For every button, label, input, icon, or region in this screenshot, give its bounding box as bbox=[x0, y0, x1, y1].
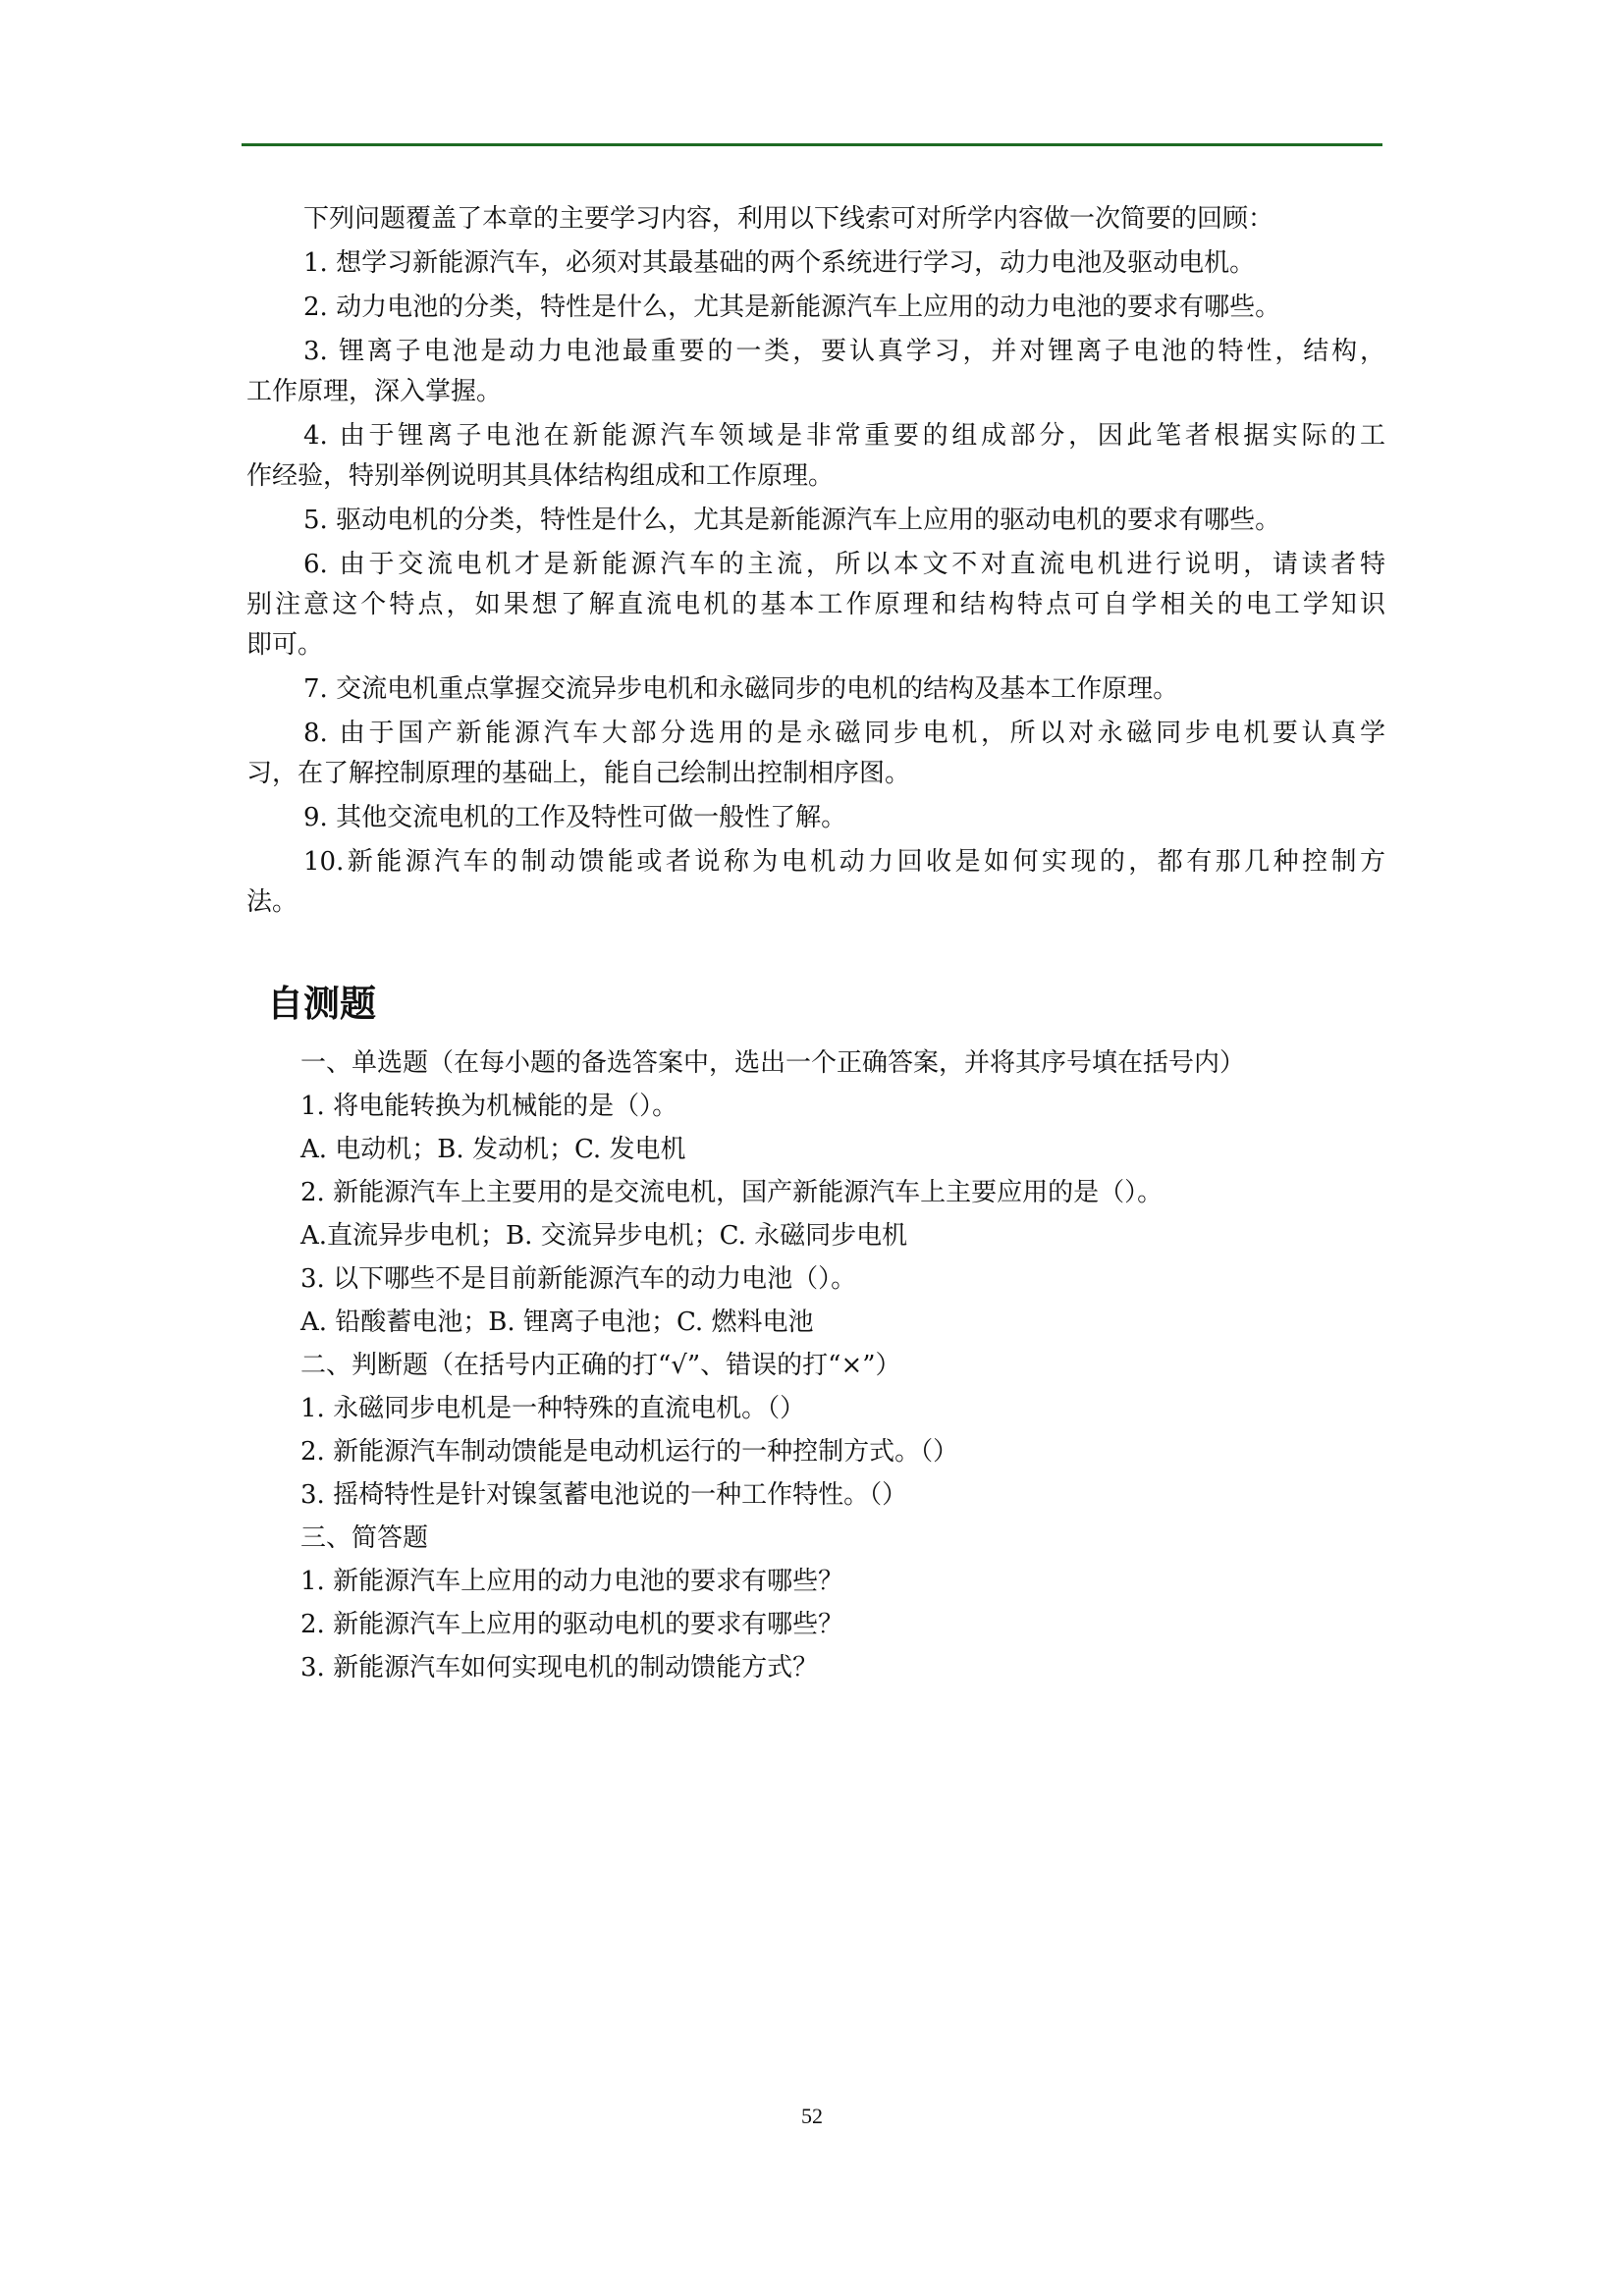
self-test-line: 3. 以下哪些不是目前新能源汽车的动力电池（）。 bbox=[300, 1257, 1245, 1301]
review-item-line: 4. 由于锂离子电池在新能源汽车领域是非常重要的组成部分，因此笔者根据实际的工 bbox=[246, 416, 1385, 456]
self-test-line: 2. 新能源汽车上主要用的是交流电机，国产新能源汽车上主要应用的是（）。 bbox=[300, 1171, 1245, 1214]
review-item-line: 8. 由于国产新能源汽车大部分选用的是永磁同步电机，所以对永磁同步电机要认真学 bbox=[246, 714, 1385, 754]
header-rule bbox=[242, 143, 1382, 146]
review-item: 2. 动力电池的分类，特性是什么，尤其是新能源汽车上应用的动力电池的要求有哪些。 bbox=[246, 288, 1385, 328]
review-item-line: 6. 由于交流电机才是新能源汽车的主流，所以本文不对直流电机进行说明，请读者特 bbox=[246, 545, 1385, 585]
self-test-line: 一、单选题（在每小题的备选答案中，选出一个正确答案，并将其序号填在括号内） bbox=[300, 1041, 1245, 1085]
review-item-line: 7. 交流电机重点掌握交流异步电机和永磁同步的电机的结构及基本工作原理。 bbox=[246, 669, 1385, 710]
review-item: 6. 由于交流电机才是新能源汽车的主流，所以本文不对直流电机进行说明，请读者特别… bbox=[246, 545, 1385, 666]
self-test-line: A. 铅酸蓄电池；B. 锂离子电池；C. 燃料电池 bbox=[300, 1301, 1245, 1344]
self-test-line: A.直流异步电机；B. 交流异步电机；C. 永磁同步电机 bbox=[300, 1214, 1245, 1257]
review-item: 1. 想学习新能源汽车，必须对其最基础的两个系统进行学习，动力电池及驱动电机。 bbox=[246, 243, 1385, 284]
review-item-line: 3. 锂离子电池是动力电池最重要的一类，要认真学习，并对锂离子电池的特性，结构， bbox=[246, 332, 1385, 372]
self-test-line: 2. 新能源汽车制动馈能是电动机运行的一种控制方式。（） bbox=[300, 1430, 1245, 1473]
review-item: 7. 交流电机重点掌握交流异步电机和永磁同步的电机的结构及基本工作原理。 bbox=[246, 669, 1385, 710]
review-item-line: 即可。 bbox=[246, 625, 1385, 666]
review-item-line: 法。 bbox=[246, 882, 1385, 923]
self-test-line: 1. 将电能转换为机械能的是（）。 bbox=[300, 1085, 1245, 1128]
self-test-line: 1. 永磁同步电机是一种特殊的直流电机。（） bbox=[300, 1387, 1245, 1430]
page-number: 52 bbox=[0, 2104, 1624, 2129]
self-test-line: 二、判断题（在括号内正确的打“√”、错误的打“×”） bbox=[300, 1344, 1245, 1387]
review-item: 8. 由于国产新能源汽车大部分选用的是永磁同步电机，所以对永磁同步电机要认真学习… bbox=[246, 714, 1385, 794]
review-item-line: 工作原理，深入掌握。 bbox=[246, 372, 1385, 412]
chapter-review: 下列问题覆盖了本章的主要学习内容，利用以下线索可对所学内容做一次简要的回顾： 1… bbox=[246, 199, 1385, 927]
review-item: 9. 其他交流电机的工作及特性可做一般性了解。 bbox=[246, 798, 1385, 838]
review-item-line: 5. 驱动电机的分类，特性是什么，尤其是新能源汽车上应用的驱动电机的要求有哪些。 bbox=[246, 501, 1385, 541]
self-test-line: 2. 新能源汽车上应用的驱动电机的要求有哪些？ bbox=[300, 1603, 1245, 1646]
self-test-line: 1. 新能源汽车上应用的动力电池的要求有哪些？ bbox=[300, 1560, 1245, 1603]
review-item: 10.新能源汽车的制动馈能或者说称为电机动力回收是如何实现的，都有那几种控制方法… bbox=[246, 842, 1385, 923]
review-item-line: 作经验，特别举例说明其具体结构组成和工作原理。 bbox=[246, 456, 1385, 497]
review-item: 4. 由于锂离子电池在新能源汽车领域是非常重要的组成部分，因此笔者根据实际的工作… bbox=[246, 416, 1385, 497]
review-item: 3. 锂离子电池是动力电池最重要的一类，要认真学习，并对锂离子电池的特性，结构，… bbox=[246, 332, 1385, 412]
self-test-questions: 一、单选题（在每小题的备选答案中，选出一个正确答案，并将其序号填在括号内）1. … bbox=[300, 1041, 1245, 1689]
review-item-line: 别注意这个特点，如果想了解直流电机的基本工作原理和结构特点可自学相关的电工学知识 bbox=[246, 585, 1385, 625]
review-item-line: 10.新能源汽车的制动馈能或者说称为电机动力回收是如何实现的，都有那几种控制方 bbox=[246, 842, 1385, 882]
review-item-line: 1. 想学习新能源汽车，必须对其最基础的两个系统进行学习，动力电池及驱动电机。 bbox=[246, 243, 1385, 284]
section-heading-self-test: 自测题 bbox=[267, 982, 376, 1027]
self-test-line: 三、简答题 bbox=[300, 1517, 1245, 1560]
self-test-line: A. 电动机；B. 发动机；C. 发电机 bbox=[300, 1128, 1245, 1171]
review-item-line: 2. 动力电池的分类，特性是什么，尤其是新能源汽车上应用的动力电池的要求有哪些。 bbox=[246, 288, 1385, 328]
self-test-line: 3. 新能源汽车如何实现电机的制动馈能方式？ bbox=[300, 1646, 1245, 1689]
review-items-list: 1. 想学习新能源汽车，必须对其最基础的两个系统进行学习，动力电池及驱动电机。2… bbox=[246, 243, 1385, 923]
review-item-line: 9. 其他交流电机的工作及特性可做一般性了解。 bbox=[246, 798, 1385, 838]
self-test-line: 3. 摇椅特性是针对镍氢蓄电池说的一种工作特性。（） bbox=[300, 1473, 1245, 1517]
review-intro: 下列问题覆盖了本章的主要学习内容，利用以下线索可对所学内容做一次简要的回顾： bbox=[246, 199, 1385, 240]
review-item: 5. 驱动电机的分类，特性是什么，尤其是新能源汽车上应用的驱动电机的要求有哪些。 bbox=[246, 501, 1385, 541]
review-item-line: 习，在了解控制原理的基础上，能自己绘制出控制相序图。 bbox=[246, 754, 1385, 794]
review-intro-text: 下列问题覆盖了本章的主要学习内容，利用以下线索可对所学内容做一次简要的回顾： bbox=[246, 199, 1385, 240]
